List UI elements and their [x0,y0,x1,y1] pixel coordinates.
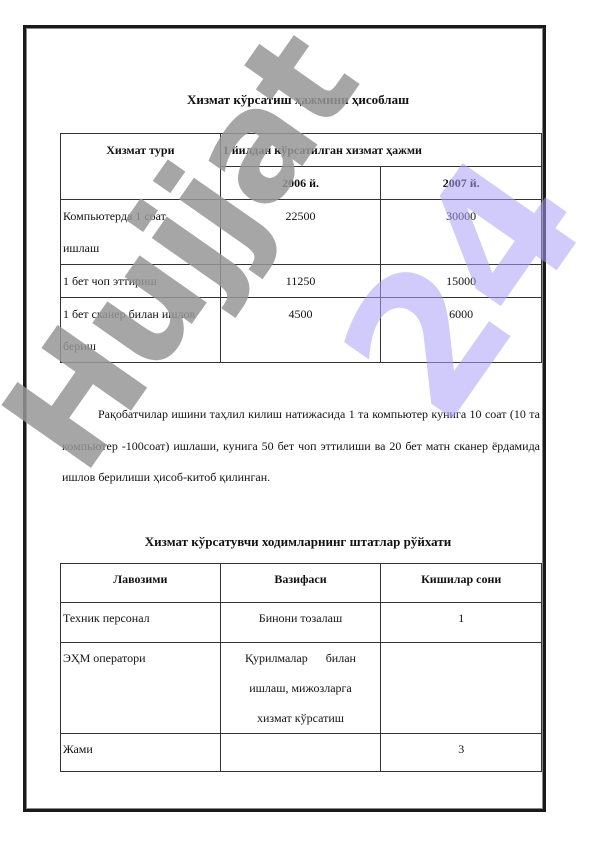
value-2007: 30000 [381,200,542,265]
header-service-type: Хизмат тури [61,134,221,200]
count-cell [381,643,542,734]
service-volume-table: Хизмат тури 1 йилдан кўрсатилган хизмат … [60,133,542,363]
header-duty: Вазифаси [220,564,381,603]
header-position: Лавозими [61,564,221,603]
header-count: Кишилар сони [381,564,542,603]
value-2006: 4500 [220,298,381,363]
service-cell: 1 бет чоп эттириш [61,265,221,298]
service-cell: Компьютерда 1 соатишлаш [61,200,221,265]
staff-table: Лавозими Вазифаси Кишилар сони Техник пе… [60,563,542,772]
value-2006: 22500 [220,200,381,265]
duty-cell: Бинони тозалаш [220,603,381,643]
count-cell: 1 [381,603,542,643]
count-cell: 3 [381,734,542,772]
service-cell: 1 бет сканер билан ишловбериш [61,298,221,363]
table-row: 1 бет сканер билан ишловбериш 4500 6000 [61,298,542,363]
value-2006: 11250 [220,265,381,298]
header-year-2006: 2006 й. [220,167,381,200]
table-row: Жами 3 [61,734,542,772]
section2-title: Хизмат кўрсатувчи ходимларнинг штатлар р… [0,534,596,550]
position-cell: ЭҲМ оператори [61,643,221,734]
header-annual-volume: 1 йилдан кўрсатилган хизмат ҳажми [220,134,541,167]
duty-cell [220,734,381,772]
value-2007: 15000 [381,265,542,298]
table-row: 1 бет чоп эттириш 11250 15000 [61,265,542,298]
table-row: Компьютерда 1 соатишлаш 22500 30000 [61,200,542,265]
analysis-paragraph: Рақобатчилар ишини таҳлил килиш натижаси… [62,399,540,494]
table-row: ЭҲМ оператори Қурилмалар биланишлаш, миж… [61,643,542,734]
section1-title: Хизмат кўрсатиш ҳажмини ҳисоблаш [0,92,596,108]
value-2007: 6000 [381,298,542,363]
position-cell: Жами [61,734,221,772]
table-row: Техник персонал Бинони тозалаш 1 [61,603,542,643]
header-year-2007: 2007 й. [381,167,542,200]
duty-cell: Қурилмалар биланишлаш, мижозларгахизмат … [220,643,381,734]
position-cell: Техник персонал [61,603,221,643]
